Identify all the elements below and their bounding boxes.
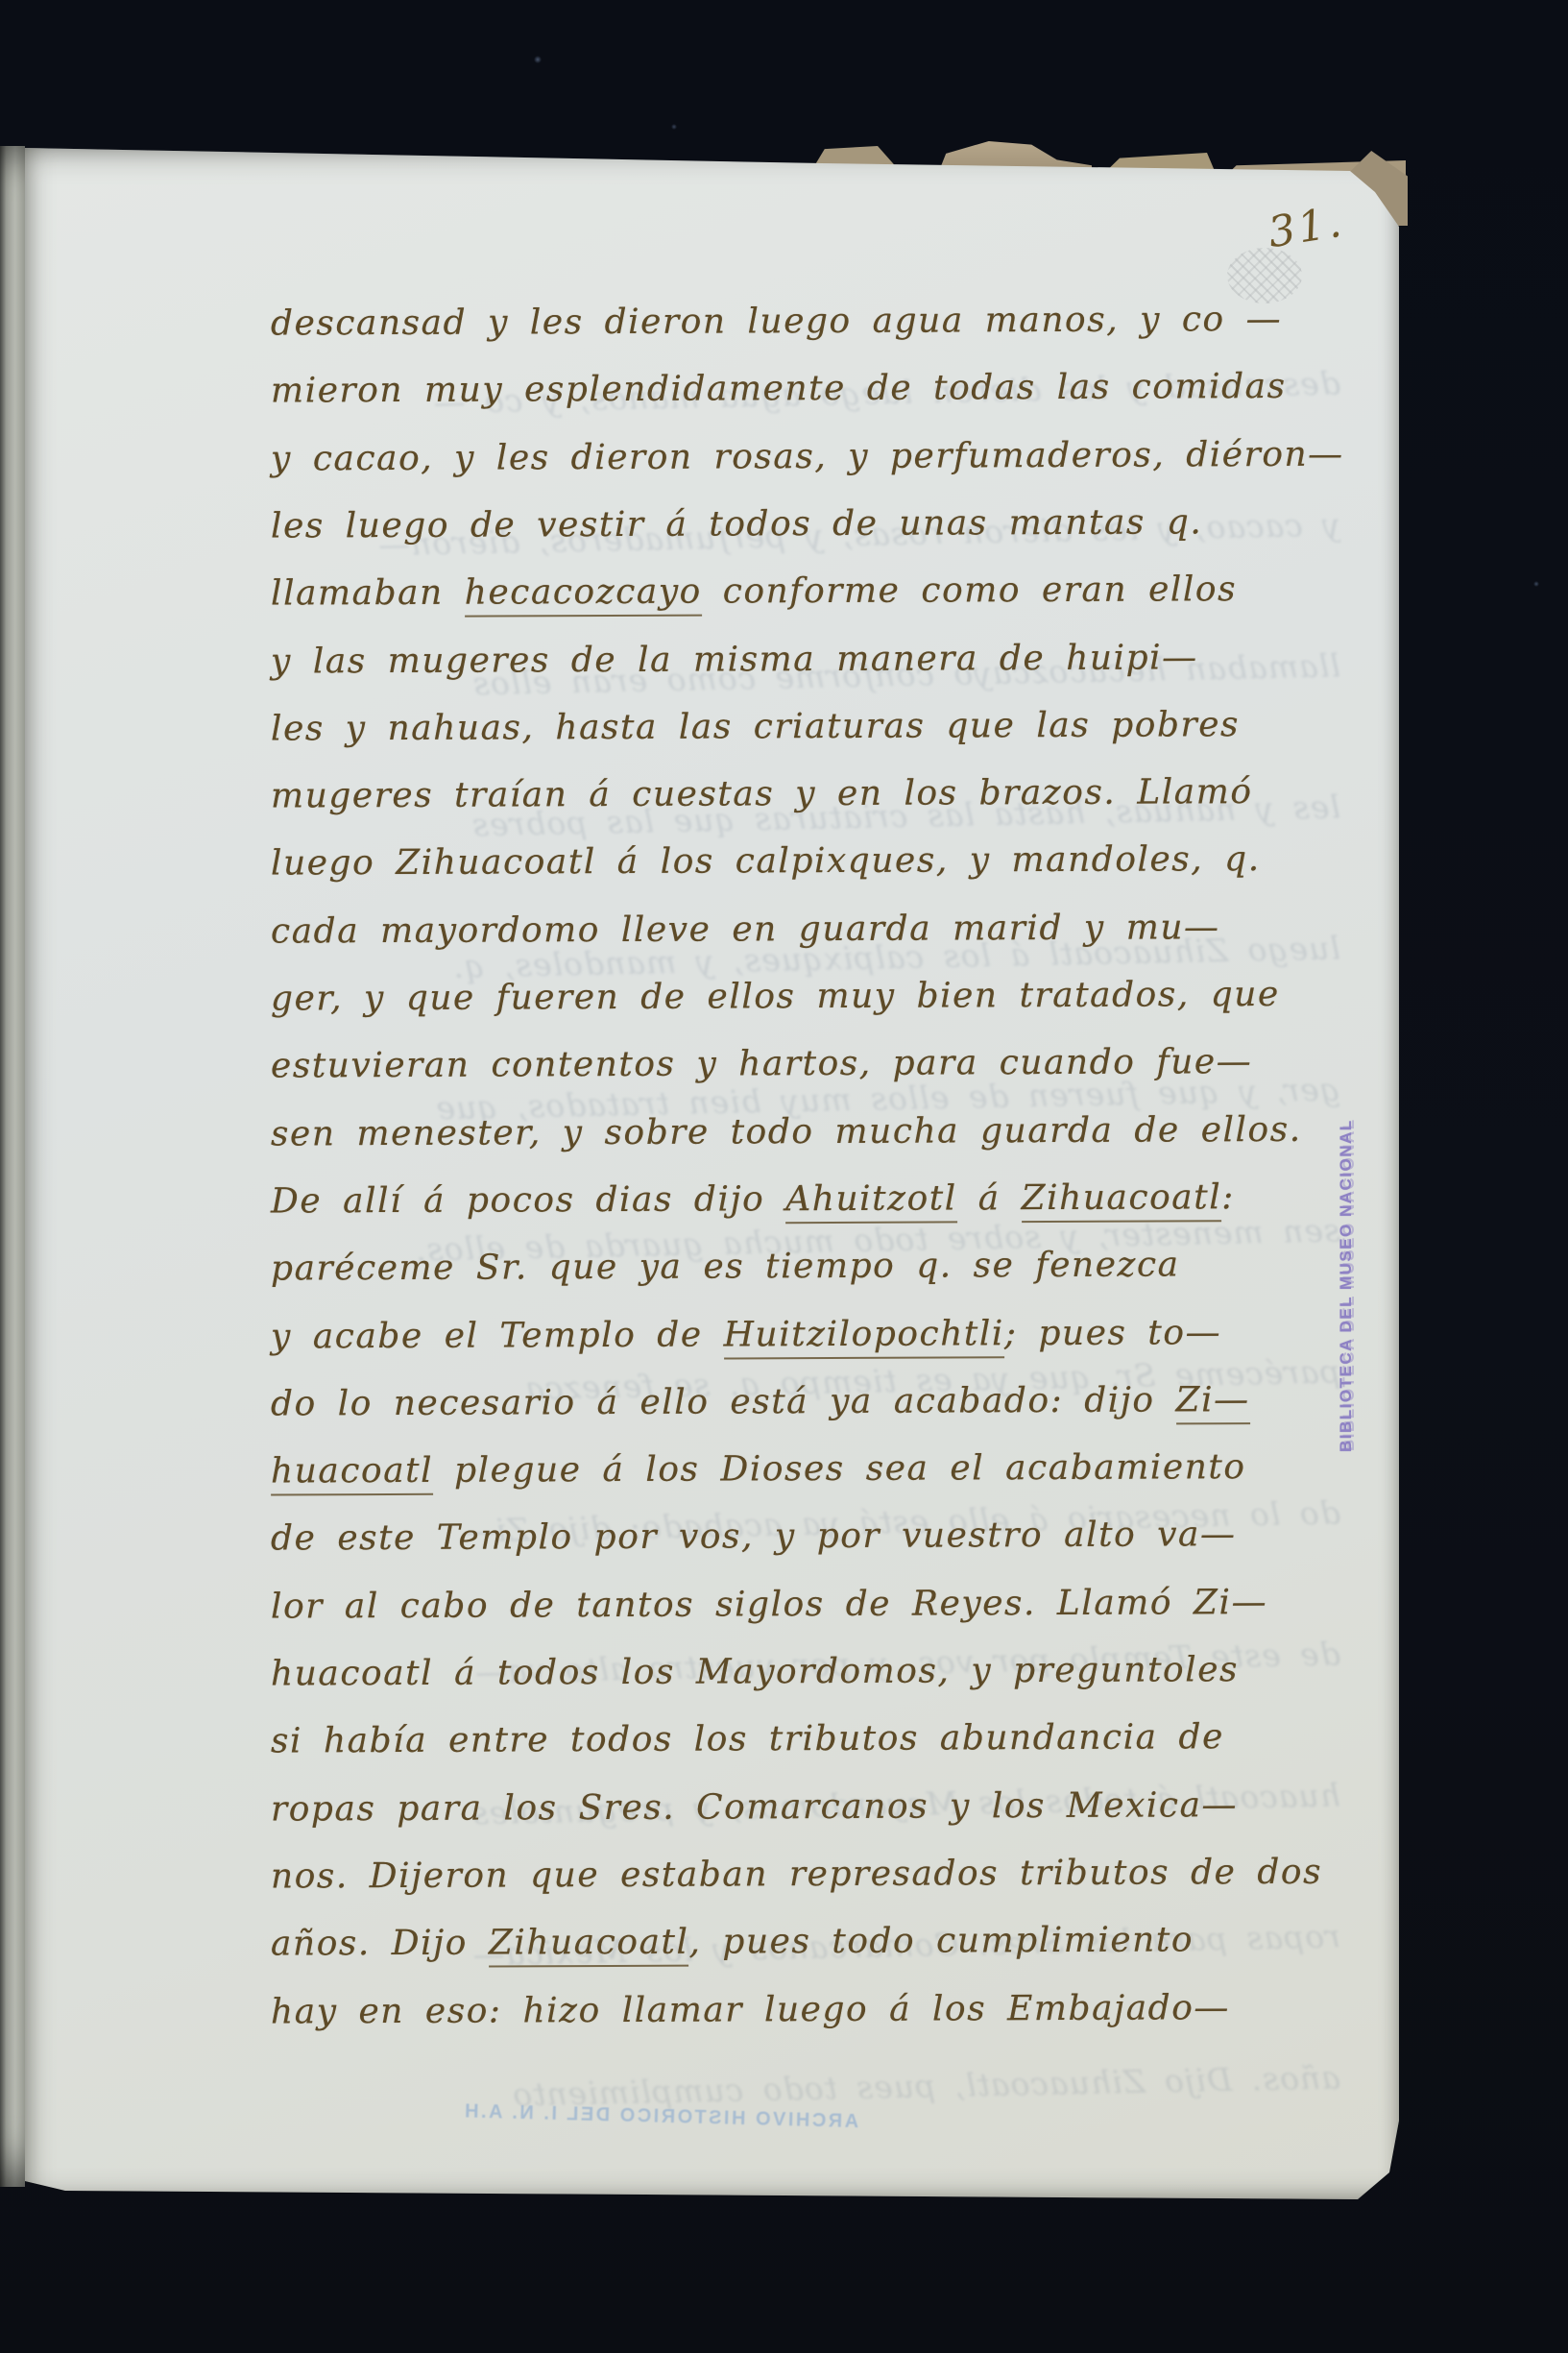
manuscript-line-19: de este Templo por vos, y por vuestro al… <box>271 1501 1389 1573</box>
manuscript-line-26: hay en eso: hizo llamar luego á los Emba… <box>271 1974 1389 2046</box>
manuscript-line-18: huacoatl plegue á los Dioses sea el acab… <box>271 1434 1389 1506</box>
manuscript-line-16: y acabe el Templo de Huitzilopochtli; pu… <box>271 1298 1389 1371</box>
manuscript-line-6: y las mugeres de la misma manera de huip… <box>271 623 1389 695</box>
manuscript-line-23: ropas para los Sres. Comarcanos y los Me… <box>271 1771 1389 1843</box>
manuscript-line-14: De allí á pocos dias dijo Ahuitzotl á Zi… <box>271 1163 1389 1235</box>
manuscript-line-9: luego Zihuacoatl á los calpixques, y man… <box>271 826 1389 898</box>
manuscript-line-5: llamaban hecacozcayo conforme como eran … <box>271 556 1389 628</box>
manuscript-page: descansad y les dieron luego agua manos,… <box>25 144 1399 2199</box>
manuscript-line-13: sen menester, y sobre todo mucha guarda … <box>271 1096 1389 1168</box>
manuscript-line-24: nos. Dijeron que estaban represados trib… <box>271 1838 1389 1910</box>
manuscript-line-3: y cacao, y les dieron rosas, y perfumade… <box>271 421 1389 493</box>
manuscript-line-25: años. Dijo Zihuacoatl, pues todo cumplim… <box>271 1906 1389 1978</box>
manuscript-line-17: do lo necesario á ello está ya acabado: … <box>271 1366 1389 1438</box>
manuscript-line-15: paréceme Sr. que ya es tiempo q. se fene… <box>271 1231 1389 1303</box>
manuscript-line-4: les luego de vestir á todos de unas mant… <box>271 488 1389 560</box>
manuscript-line-10: cada mayordomo lleve en guarda marid y m… <box>271 893 1389 965</box>
manuscript-line-21: huacoatl á todos los Mayordomos, y pregu… <box>271 1636 1389 1708</box>
manuscript-line-22: si había entre todos los tributos abunda… <box>271 1704 1389 1776</box>
manuscript-line-12: estuvieran contentos y hartos, para cuan… <box>271 1029 1389 1101</box>
book-fore-edge <box>0 146 25 2187</box>
manuscript-line-20: lor al cabo de tantos siglos de Reyes. L… <box>271 1568 1389 1640</box>
manuscript-line-2: mieron muy esplendidamente de todas las … <box>271 353 1389 425</box>
library-stamp: BIBLIOTECA DEL MUSEO NACIONAL <box>1337 1154 1390 1452</box>
manuscript-line-1: descansad y les dieron luego agua manos,… <box>271 285 1389 357</box>
manuscript-line-11: ger, y que fueren de ellos muy bien trat… <box>271 960 1389 1032</box>
manuscript-line-8: mugeres traían á cuestas y en los brazos… <box>271 759 1389 831</box>
manuscript-lines: descansad y les dieron luego agua manos,… <box>25 144 1399 2199</box>
manuscript-line-7: les y nahuas, hasta las criaturas que la… <box>271 691 1389 763</box>
